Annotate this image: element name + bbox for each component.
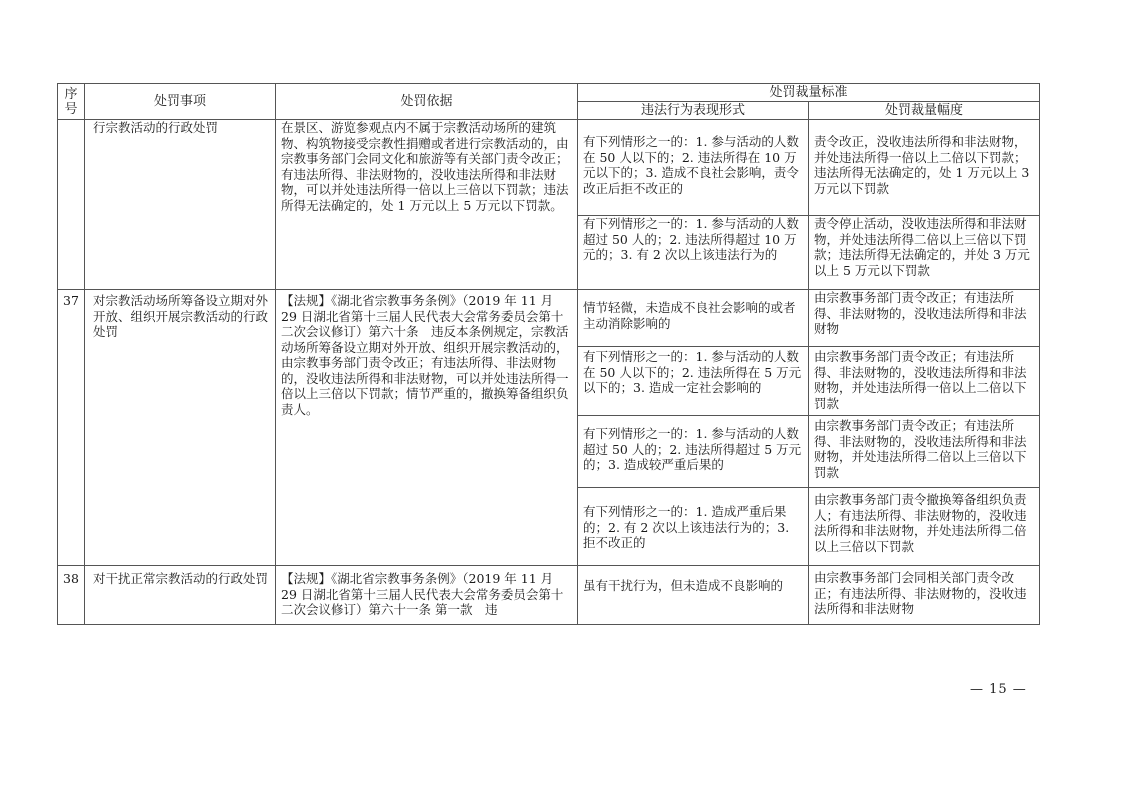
penalty-basis: 【法规】《湖北省宗教事务条例》（2019 年 11 月 29 日湖北省第十三届人… — [276, 290, 578, 566]
serial-no — [58, 120, 85, 290]
penalty-discretion-table: 序号 处罚事项 处罚依据 处罚裁量标准 违法行为表现形式 处罚裁量幅度 行宗教活… — [57, 83, 1040, 625]
serial-no: 37 — [58, 290, 85, 566]
header-serial-no: 序号 — [58, 84, 85, 120]
header-penalty-basis: 处罚依据 — [276, 84, 578, 120]
header-penalty-item: 处罚事项 — [85, 84, 276, 120]
discretion-range: 由宗教事务部门责令撤换筹备组织负责人；有违法所得、非法财物的，没收违法所得和非法… — [809, 488, 1040, 566]
document-page: 序号 处罚事项 处罚依据 处罚裁量标准 违法行为表现形式 处罚裁量幅度 行宗教活… — [0, 0, 1123, 794]
table-row: 37 对宗教活动场所筹备设立期对外开放、组织开展宗教活动的行政处罚 【法规】《湖… — [58, 290, 1040, 347]
violation-form: 有下列情形之一的：1. 参与活动的人数在 50 人以下的；2. 违法所得在 5 … — [578, 347, 809, 416]
table-row: 行宗教活动的行政处罚 在景区、游览参观点内不属于宗教活动场所的建筑物、构筑物接受… — [58, 120, 1040, 216]
discretion-range: 由宗教事务部门会同相关部门责令改正；有违法所得、非法财物的，没收违法所得和非法财… — [809, 566, 1040, 625]
violation-form: 有下列情形之一的：1. 参与活动的人数超过 50 人的；2. 违法所得超过 5 … — [578, 416, 809, 488]
violation-form: 情节轻微，未造成不良社会影响的或者主动消除影响的 — [578, 290, 809, 347]
violation-form: 有下列情形之一的：1. 参与活动的人数超过 50 人的；2. 违法所得超过 10… — [578, 216, 809, 290]
discretion-range: 由宗教事务部门责令改正；有违法所得、非法财物的，没收违法所得和非法财物，并处违法… — [809, 347, 1040, 416]
violation-form: 虽有干扰行为，但未造成不良影响的 — [578, 566, 809, 625]
discretion-range: 责令停止活动，没收违法所得和非法财物，并处违法所得二倍以上三倍以下罚款；违法所得… — [809, 216, 1040, 290]
violation-form: 有下列情形之一的：1. 造成严重后果的；2. 有 2 次以上该违法行为的；3. … — [578, 488, 809, 566]
penalty-item: 对干扰正常宗教活动的行政处罚 — [85, 566, 276, 625]
header-discretion-standard: 处罚裁量标准 — [578, 84, 1040, 102]
table-row: 38 对干扰正常宗教活动的行政处罚 【法规】《湖北省宗教事务条例》（2019 年… — [58, 566, 1040, 625]
violation-form: 有下列情形之一的：1. 参与活动的人数在 50 人以下的；2. 违法所得在 10… — [578, 120, 809, 216]
discretion-range: 责令改正，没收违法所得和非法财物，并处违法所得一倍以上二倍以下罚款；违法所得无法… — [809, 120, 1040, 216]
penalty-basis: 在景区、游览参观点内不属于宗教活动场所的建筑物、构筑物接受宗教性捐赠或者进行宗教… — [276, 120, 578, 290]
header-discretion-range: 处罚裁量幅度 — [809, 102, 1040, 120]
discretion-range: 由宗教事务部门责令改正；有违法所得、非法财物的，没收违法所得和非法财物，并处违法… — [809, 416, 1040, 488]
discretion-range: 由宗教事务部门责令改正；有违法所得、非法财物的，没收违法所得和非法财物 — [809, 290, 1040, 347]
penalty-item: 对宗教活动场所筹备设立期对外开放、组织开展宗教活动的行政处罚 — [85, 290, 276, 566]
penalty-item: 行宗教活动的行政处罚 — [85, 120, 276, 290]
header-violation-form: 违法行为表现形式 — [578, 102, 809, 120]
serial-no: 38 — [58, 566, 85, 625]
page-number: — 15 — — [970, 682, 1027, 697]
penalty-basis: 【法规】《湖北省宗教事务条例》（2019 年 11 月 29 日湖北省第十三届人… — [276, 566, 578, 625]
